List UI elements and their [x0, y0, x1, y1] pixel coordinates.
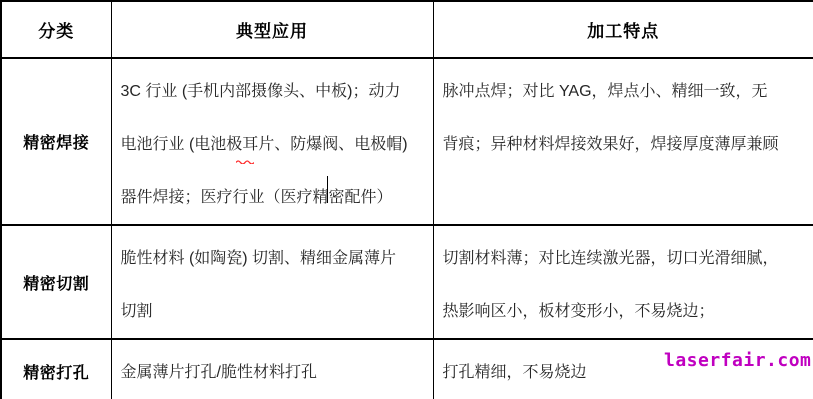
- cell-category-cutting[interactable]: 精密切割: [1, 225, 111, 339]
- cell-application-welding[interactable]: 3C 行业 (手机内部摄像头、中板)；动力 电池行业 (电池极耳片、防爆阀、电极…: [111, 58, 433, 225]
- header-cell-typical-application[interactable]: 典型应用: [111, 1, 433, 58]
- document-page: 分类 典型应用 加工特点 精密焊接 3C 行业 (手机内部摄像头、中板)；动力 …: [0, 0, 813, 399]
- cell-category-welding[interactable]: 精密焊接: [1, 58, 111, 225]
- watermark-laserfair: laserfair.com: [664, 350, 811, 371]
- header-row: 分类 典型应用 加工特点: [1, 1, 813, 58]
- cell-application-drilling[interactable]: 金属薄片打孔/脆性材料打孔: [111, 339, 433, 399]
- header-cell-category[interactable]: 分类: [1, 1, 111, 58]
- cell-application-cutting[interactable]: 脆性材料 (如陶瓷) 切割、精细金属薄片 切割: [111, 225, 433, 339]
- laser-processing-table: 分类 典型应用 加工特点 精密焊接 3C 行业 (手机内部摄像头、中板)；动力 …: [0, 0, 813, 399]
- table-row-precision-welding: 精密焊接 3C 行业 (手机内部摄像头、中板)；动力 电池行业 (电池极耳片、防…: [1, 58, 813, 225]
- header-cell-processing-features[interactable]: 加工特点: [433, 1, 813, 58]
- cell-category-drilling[interactable]: 精密打孔: [1, 339, 111, 399]
- table-row-precision-cutting: 精密切割 脆性材料 (如陶瓷) 切割、精细金属薄片 切割 切割材料薄；对比连续激…: [1, 225, 813, 339]
- cell-features-cutting[interactable]: 切割材料薄；对比连续激光器，切口光滑细腻， 热影响区小，板材变形小，不易烧边；: [433, 225, 813, 339]
- cell-features-welding[interactable]: 脉冲点焊；对比 YAG，焊点小、精细一致，无 背痕；异种材料焊接效果好，焊接厚度…: [433, 58, 813, 225]
